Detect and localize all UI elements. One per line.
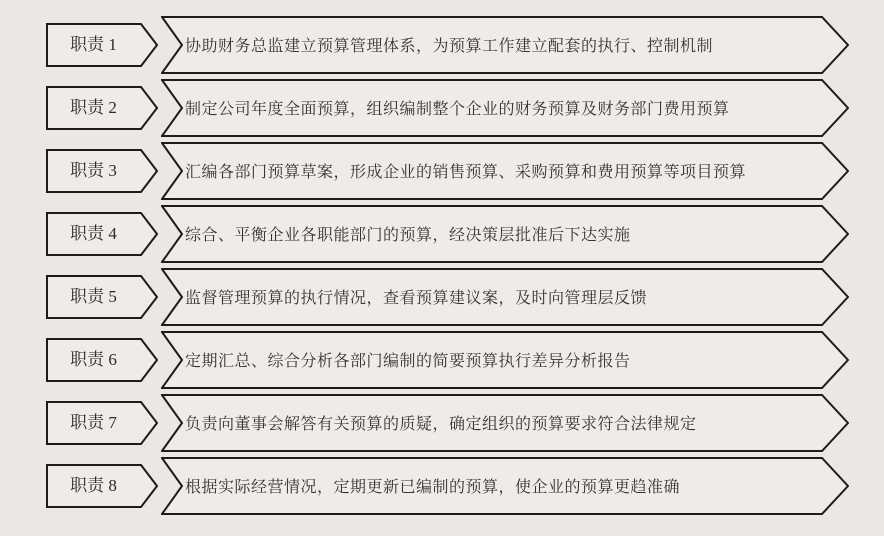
duty-description: 负责向董事会解答有关预算的质疑，确定组织的预算要求符合法律规定 (161, 411, 697, 434)
responsibility-row-1: 职责 1 协助财务总监建立预算管理体系，为预算工作建立配套的执行、控制机制 (46, 13, 884, 76)
duty-description: 汇编各部门预算草案，形成企业的销售预算、采购预算和费用预算等项目预算 (161, 159, 746, 182)
duty-banner-1: 协助财务总监建立预算管理体系，为预算工作建立配套的执行、控制机制 (161, 16, 849, 74)
duty-banner-2: 制定公司年度全面预算，组织编制整个企业的财务预算及财务部门费用预算 (161, 79, 849, 137)
responsibility-row-7: 职责 7 负责向董事会解答有关预算的质疑，确定组织的预算要求符合法律规定 (46, 391, 884, 454)
duty-badge-label: 职责 1 (46, 23, 141, 67)
duty-badge-label: 职责 5 (46, 275, 141, 319)
duty-badge-1: 职责 1 (46, 23, 158, 67)
duty-badge-label: 职责 7 (46, 401, 141, 445)
duty-banner-8: 根据实际经营情况，定期更新已编制的预算，使企业的预算更趋准确 (161, 457, 849, 515)
responsibility-row-3: 职责 3 汇编各部门预算草案，形成企业的销售预算、采购预算和费用预算等项目预算 (46, 139, 884, 202)
duty-badge-5: 职责 5 (46, 275, 158, 319)
duty-banner-4: 综合、平衡企业各职能部门的预算，经决策层批准后下达实施 (161, 205, 849, 263)
duty-badge-label: 职责 3 (46, 149, 141, 193)
duty-badge-4: 职责 4 (46, 212, 158, 256)
duty-description: 根据实际经营情况，定期更新已编制的预算，使企业的预算更趋准确 (161, 474, 680, 497)
responsibility-row-8: 职责 8 根据实际经营情况，定期更新已编制的预算，使企业的预算更趋准确 (46, 454, 884, 517)
responsibility-row-5: 职责 5 监督管理预算的执行情况，查看预算建议案，及时向管理层反馈 (46, 265, 884, 328)
duty-description: 协助财务总监建立预算管理体系，为预算工作建立配套的执行、控制机制 (161, 33, 713, 56)
duty-badge-2: 职责 2 (46, 86, 158, 130)
duty-badge-8: 职责 8 (46, 464, 158, 508)
duty-banner-5: 监督管理预算的执行情况，查看预算建议案，及时向管理层反馈 (161, 268, 849, 326)
responsibility-row-2: 职责 2 制定公司年度全面预算，组织编制整个企业的财务预算及财务部门费用预算 (46, 76, 884, 139)
duty-badge-label: 职责 8 (46, 464, 141, 508)
duty-badge-3: 职责 3 (46, 149, 158, 193)
duty-description: 定期汇总、综合分析各部门编制的简要预算执行差异分析报告 (161, 348, 631, 371)
duty-description: 综合、平衡企业各职能部门的预算，经决策层批准后下达实施 (161, 222, 631, 245)
responsibility-row-6: 职责 6 定期汇总、综合分析各部门编制的简要预算执行差异分析报告 (46, 328, 884, 391)
duty-badge-6: 职责 6 (46, 338, 158, 382)
duty-banner-3: 汇编各部门预算草案，形成企业的销售预算、采购预算和费用预算等项目预算 (161, 142, 849, 200)
duty-description: 制定公司年度全面预算，组织编制整个企业的财务预算及财务部门费用预算 (161, 96, 730, 119)
duty-badge-label: 职责 6 (46, 338, 141, 382)
duty-banner-7: 负责向董事会解答有关预算的质疑，确定组织的预算要求符合法律规定 (161, 394, 849, 452)
responsibilities-diagram: 职责 1 协助财务总监建立预算管理体系，为预算工作建立配套的执行、控制机制 职责… (0, 0, 884, 536)
duty-badge-label: 职责 2 (46, 86, 141, 130)
duty-description: 监督管理预算的执行情况，查看预算建议案，及时向管理层反馈 (161, 285, 647, 308)
duty-badge-7: 职责 7 (46, 401, 158, 445)
responsibility-row-4: 职责 4 综合、平衡企业各职能部门的预算，经决策层批准后下达实施 (46, 202, 884, 265)
duty-badge-label: 职责 4 (46, 212, 141, 256)
duty-banner-6: 定期汇总、综合分析各部门编制的简要预算执行差异分析报告 (161, 331, 849, 389)
